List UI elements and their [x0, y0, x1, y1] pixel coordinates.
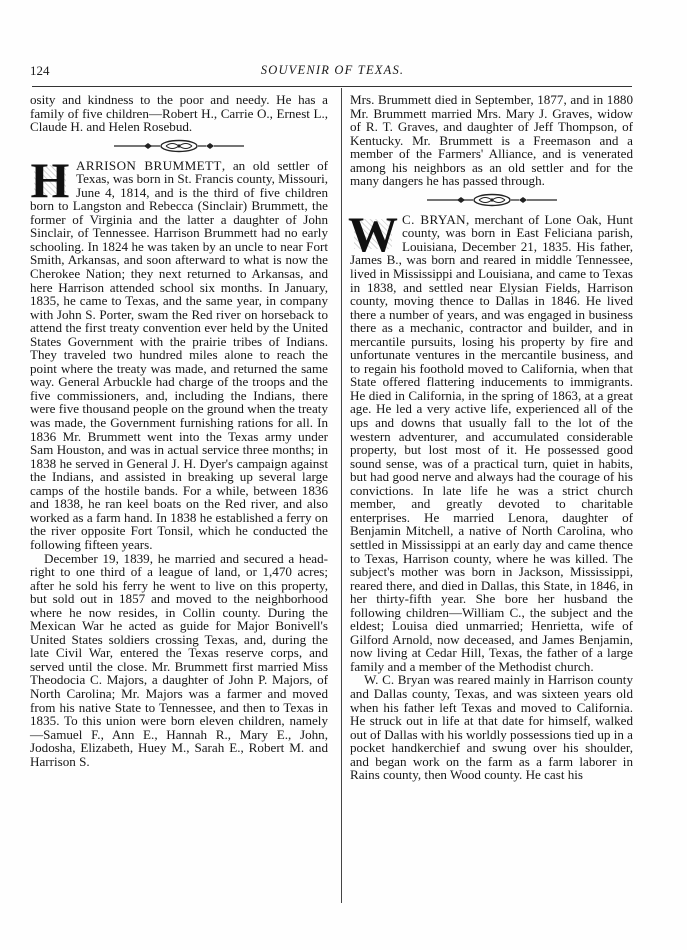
- header-rule: [32, 86, 632, 87]
- bryan-paragraph-1: C. BRYAN, merchant of Lone Oak, Hunt cou…: [350, 213, 633, 674]
- ornament-divider-icon: [30, 136, 328, 156]
- brummett-continued-paragraph: Mrs. Brummett died in September, 1877, a…: [350, 93, 633, 188]
- left-column: osity and kindness to the poor and needy…: [30, 93, 328, 768]
- bryan-biography: W C. BRYAN, merchant of Lone Oak, Hunt c…: [350, 213, 633, 674]
- running-title: SOUVENIR OF TEXAS.: [30, 63, 635, 78]
- brummett-biography: H ARRISON BRUMMETT, an old settler of Te…: [30, 159, 328, 552]
- right-column: Mrs. Brummett died in September, 1877, a…: [350, 93, 633, 782]
- book-page: 124 SOUVENIR OF TEXAS. osity and kindnes…: [0, 0, 687, 950]
- dropcap-w-icon: W: [350, 215, 396, 253]
- bryan-paragraph-2: W. C. Bryan was reared mainly in Harriso…: [350, 673, 633, 781]
- dropcap-h-icon: H: [30, 161, 70, 199]
- running-head: 124 SOUVENIR OF TEXAS.: [30, 63, 635, 79]
- brummett-paragraph-2: December 19, 1839, he married and secure…: [30, 552, 328, 769]
- continuation-paragraph: osity and kindness to the poor and needy…: [30, 93, 328, 134]
- brummett-paragraph-1: ARRISON BRUMMETT, an old settler of Texa…: [30, 159, 328, 552]
- column-divider: [341, 88, 342, 903]
